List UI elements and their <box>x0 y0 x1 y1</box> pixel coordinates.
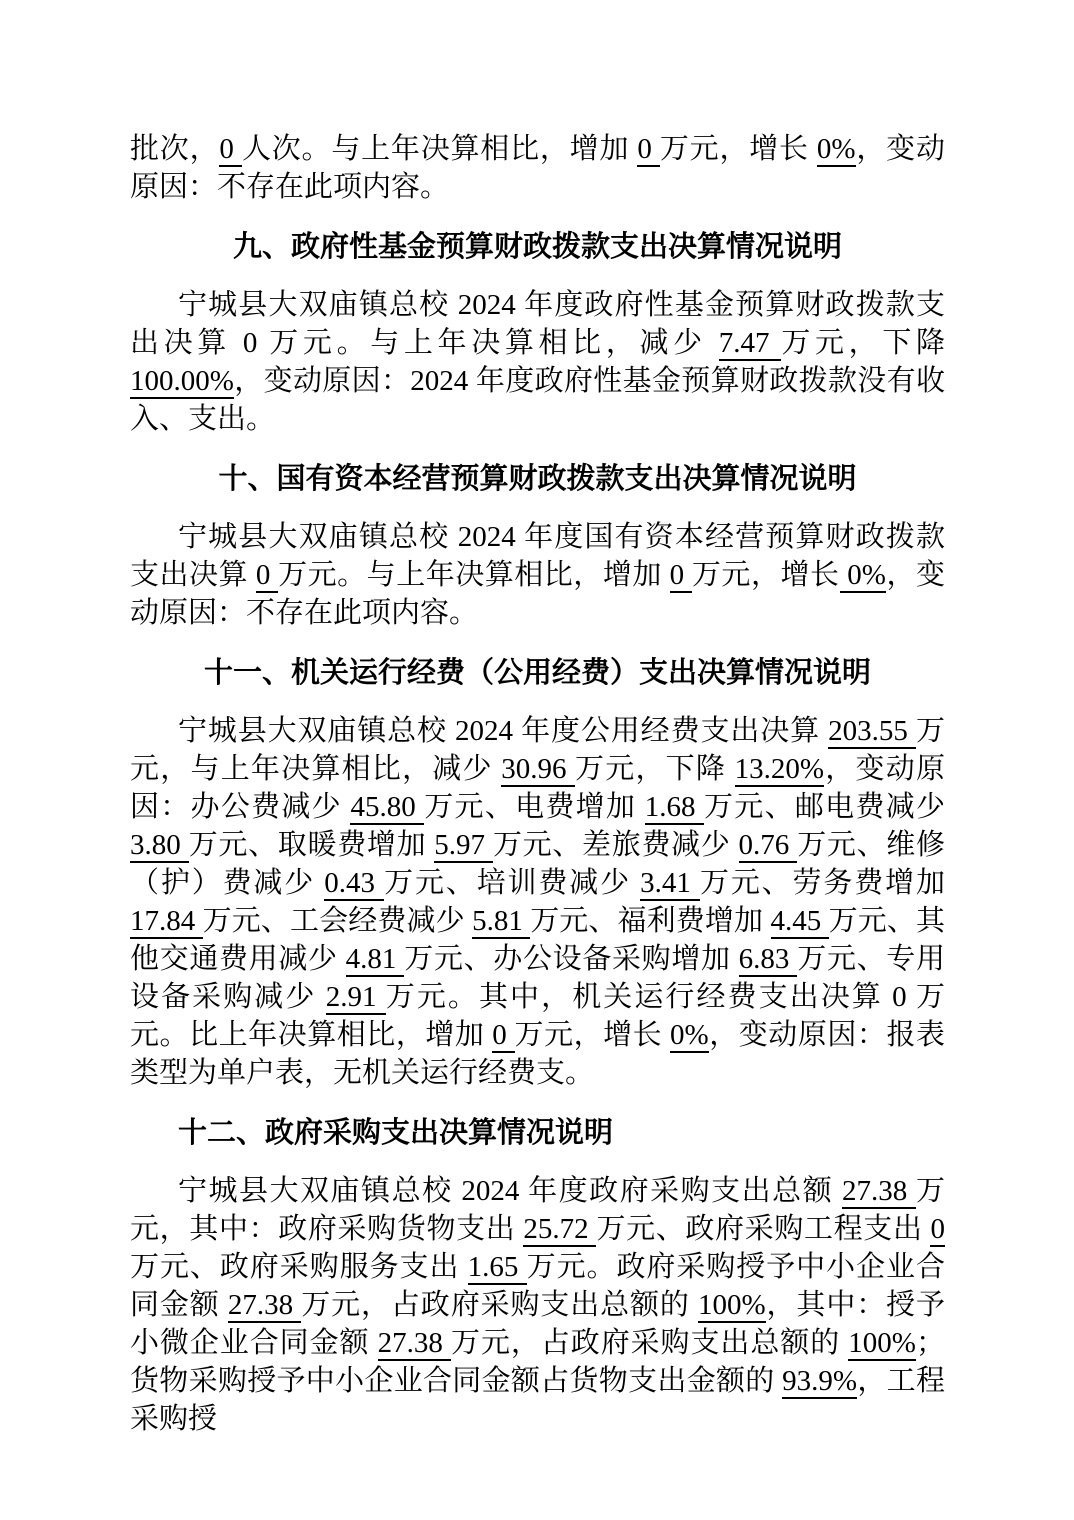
underlined-value: 100.00% <box>130 365 234 399</box>
underlined-value: 3.80 <box>130 829 189 863</box>
underlined-value: 4.45 <box>771 905 829 939</box>
underlined-value: 27.38 <box>228 1289 301 1323</box>
underlined-value: 0 <box>930 1213 945 1247</box>
heading-12-gov-procurement: 十二、政府采购支出决算情况说明 <box>130 1114 945 1152</box>
para-9-gov-fund-budget: 宁城县大双庙镇总校 2024 年度政府性基金预算财政拨款支出决算 0 万元。与上… <box>130 286 945 438</box>
heading-9-gov-fund-budget: 九、政府性基金预算财政拨款支出决算情况说明 <box>130 228 945 266</box>
underlined-value: 4.81 <box>346 943 405 977</box>
underlined-value: 27.38 <box>842 1175 916 1209</box>
underlined-value: 3.41 <box>640 867 700 901</box>
underlined-value: 1.65 <box>468 1251 527 1285</box>
underlined-value: 0% <box>840 559 886 593</box>
heading-11-operating-expenses: 十一、机关运行经费（公用经费）支出决算情况说明 <box>130 654 945 692</box>
underlined-value: 6.83 <box>739 943 798 977</box>
underlined-value: 100% <box>848 1327 916 1361</box>
para-11-operating-expenses: 宁城县大双庙镇总校 2024 年度公用经费支出决算 203.55 万元，与上年决… <box>130 712 945 1092</box>
underlined-value: 5.81 <box>472 905 530 939</box>
underlined-value: 0 <box>637 133 660 167</box>
underlined-value: 0% <box>817 133 856 167</box>
underlined-value: 45.80 <box>350 791 424 825</box>
underlined-value: 13.20% <box>735 753 824 787</box>
underlined-value: 30.96 <box>501 753 575 787</box>
underlined-value: 17.84 <box>130 905 203 939</box>
underlined-value: 0 <box>219 133 242 167</box>
underlined-value: 0% <box>670 1019 709 1053</box>
para-continuation-batches: 批次，0 人次。与上年决算相比，增加 0 万元，增长 0%，变动原因：不存在此项… <box>130 130 945 206</box>
underlined-value: 100% <box>698 1289 766 1323</box>
underlined-value: 2.91 <box>326 981 386 1015</box>
underlined-value: 27.38 <box>378 1327 451 1361</box>
underlined-value: 5.97 <box>434 829 493 863</box>
underlined-value: 0 <box>492 1019 514 1053</box>
underlined-value: 0 <box>670 559 692 593</box>
para-12-gov-procurement: 宁城县大双庙镇总校 2024 年度政府采购支出总额 27.38 万元，其中：政府… <box>130 1172 945 1438</box>
para-10-state-capital-budget: 宁城县大双庙镇总校 2024 年度国有资本经营预算财政拨款支出决算 0 万元。与… <box>130 518 945 632</box>
underlined-value: 203.55 <box>828 715 916 749</box>
budget-report-document: 批次，0 人次。与上年决算相比，增加 0 万元，增长 0%，变动原因：不存在此项… <box>130 130 945 1438</box>
underlined-value: 0.43 <box>324 867 384 901</box>
underlined-value: 25.72 <box>523 1213 596 1247</box>
document-blocks: 批次，0 人次。与上年决算相比，增加 0 万元，增长 0%，变动原因：不存在此项… <box>130 130 945 1438</box>
document-page: 批次，0 人次。与上年决算相比，增加 0 万元，增长 0%，变动原因：不存在此项… <box>0 0 1074 1520</box>
underlined-value: 7.47 <box>719 327 782 361</box>
heading-10-state-capital-budget: 十、国有资本经营预算财政拨款支出决算情况说明 <box>130 460 945 498</box>
underlined-value: 0.76 <box>739 829 798 863</box>
underlined-value: 93.9% <box>782 1365 857 1399</box>
underlined-value: 1.68 <box>645 791 704 825</box>
underlined-value: 0 <box>256 559 278 593</box>
